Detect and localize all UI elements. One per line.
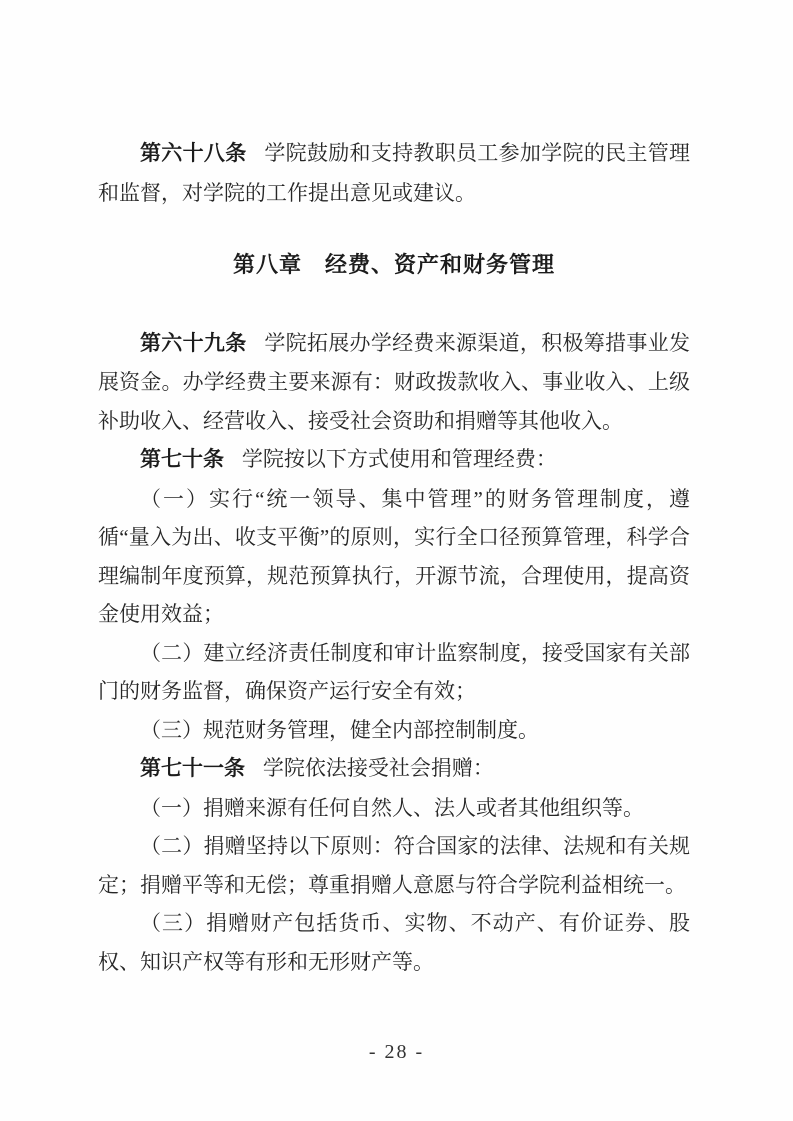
article-69-paragraph: 第六十九条学院拓展办学经费来源渠道，积极筹措事业发展资金。办学经费主要来源有：财… xyxy=(98,324,690,441)
article-71-item-2: （二）捐赠坚持以下原则：符合国家的法律、法规和有关规定；捐赠平等和无偿；尊重捐赠… xyxy=(98,827,690,904)
article-71-number: 第七十一条 xyxy=(140,757,245,780)
page-number: - 28 - xyxy=(0,1041,793,1064)
article-71-item-3: （三）捐赠财产包括货币、实物、不动产、有价证券、股权、知识产权等有形和无形财产等… xyxy=(98,904,690,981)
article-70-item-3: （三）规范财务管理，健全内部控制制度。 xyxy=(98,711,690,750)
article-70-text: 学院按以下方式使用和管理经费： xyxy=(242,447,557,471)
article-68-paragraph: 第六十八条学院鼓励和支持教职员工参加学院的民主管理和监督，对学院的工作提出意见或… xyxy=(98,134,690,212)
article-69-number: 第六十九条 xyxy=(140,332,247,355)
document-page: 第六十八条学院鼓励和支持教职员工参加学院的民主管理和监督，对学院的工作提出意见或… xyxy=(0,0,793,1121)
document-content: 第六十八条学院鼓励和支持教职员工参加学院的民主管理和监督，对学院的工作提出意见或… xyxy=(98,134,690,981)
article-71-text: 学院依法接受社会捐赠： xyxy=(263,756,494,780)
article-70-paragraph: 第七十条学院按以下方式使用和管理经费： xyxy=(98,440,690,480)
article-68-number: 第六十八条 xyxy=(140,142,247,165)
article-70-item-2: （二）建立经济责任制度和审计监察制度，接受国家有关部门的财务监督，确保资产运行安… xyxy=(98,634,690,711)
chapter-8-heading: 第八章 经费、资产和财务管理 xyxy=(98,246,690,285)
article-71-paragraph: 第七十一条学院依法接受社会捐赠： xyxy=(98,749,690,789)
article-71-item-1: （一）捐赠来源有任何自然人、法人或者其他组织等。 xyxy=(98,789,690,828)
article-70-number: 第七十条 xyxy=(140,448,224,471)
article-70-item-1: （一）实行“统一领导、集中管理”的财务管理制度，遵循“量入为出、收支平衡”的原则… xyxy=(98,480,690,634)
